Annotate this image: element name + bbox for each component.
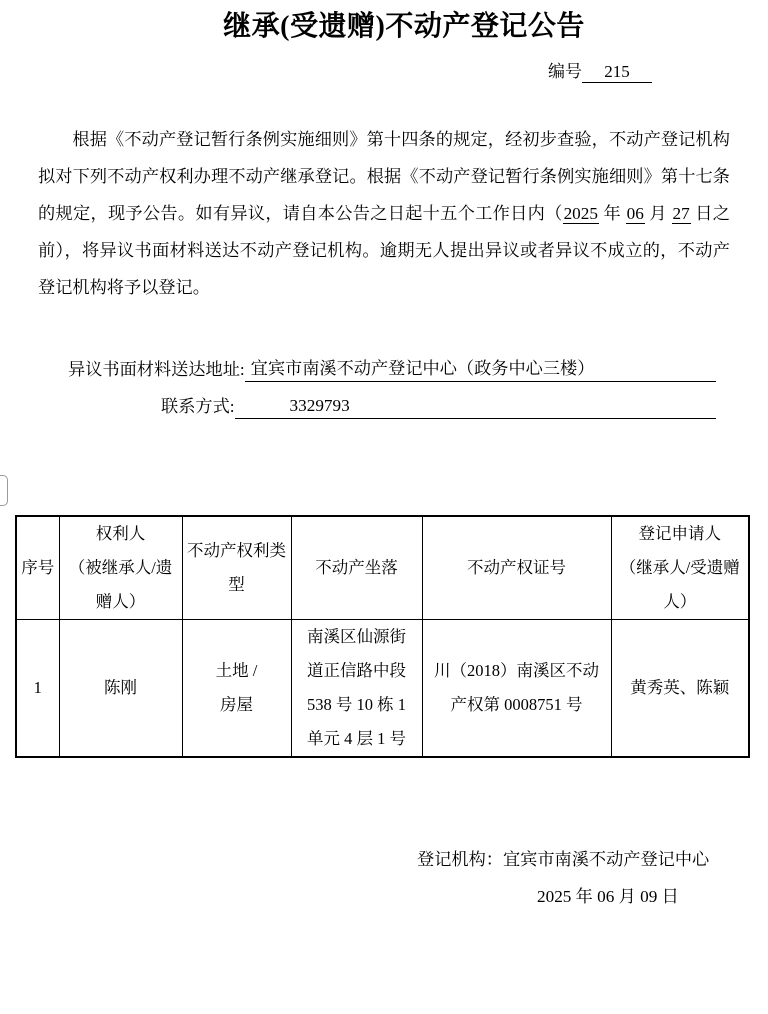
header-applicants: 登记申请人 （继承人/受遗赠 人） xyxy=(611,516,749,620)
table-row: 1 陈刚 土地 / 房屋 南溪区仙源街 道正信路中段 538 号 10 栋 1 … xyxy=(16,620,749,758)
cell-applicants: 黄秀英、陈颖 xyxy=(611,620,749,758)
announcement-date: 2025 年 06 月 09 日 xyxy=(537,882,679,907)
page-title: 继承(受遗赠)不动产登记公告 xyxy=(20,4,768,44)
year-unit: 年 xyxy=(599,204,626,223)
deadline-month: 06 xyxy=(626,204,645,224)
serial-number-value: 215 xyxy=(582,62,652,83)
contact-label: 联系方式: xyxy=(161,395,235,419)
cell-right-type: 土地 / 房屋 xyxy=(182,620,291,758)
left-edge-partial-control xyxy=(0,475,8,506)
header-index: 序号 xyxy=(16,516,59,620)
document-page: 继承(受遗赠)不动产登记公告 编号215 根据《不动产登记暂行条例实施细则》第十… xyxy=(0,0,768,1014)
delivery-address-value: 宜宾市南溪不动产登记中心（政务中心三楼） xyxy=(245,357,716,382)
header-holder: 权利人 （被继承人/遗 赠人） xyxy=(59,516,182,620)
deadline-day: 27 xyxy=(672,204,691,224)
serial-number-row: 编号215 xyxy=(548,57,652,83)
header-right-type: 不动产权利类 型 xyxy=(182,516,291,620)
serial-number-label: 编号 xyxy=(548,62,582,81)
delivery-address-row: 异议书面材料送达地址: 宜宾市南溪不动产登记中心（政务中心三楼） xyxy=(68,357,716,382)
table-header-row: 序号 权利人 （被继承人/遗 赠人） 不动产权利类 型 不动产坐落 不动产权证号… xyxy=(16,516,749,620)
cell-holder: 陈刚 xyxy=(59,620,182,758)
month-unit: 月 xyxy=(645,204,672,223)
header-location: 不动产坐落 xyxy=(291,516,422,620)
cell-certificate-no: 川（2018）南溪区不动 产权第 0008751 号 xyxy=(422,620,611,758)
contact-row: 联系方式: 3329793 xyxy=(68,394,716,419)
registration-agency: 登记机构：宜宾市南溪不动产登记中心 xyxy=(417,845,709,870)
cell-index: 1 xyxy=(16,620,59,758)
registration-table: 序号 权利人 （被继承人/遗 赠人） 不动产权利类 型 不动产坐落 不动产权证号… xyxy=(15,515,750,758)
delivery-address-label: 异议书面材料送达地址: xyxy=(68,358,245,382)
deadline-year: 2025 xyxy=(563,204,599,224)
cell-location: 南溪区仙源街 道正信路中段 538 号 10 栋 1 单元 4 层 1 号 xyxy=(291,620,422,758)
header-certificate-no: 不动产权证号 xyxy=(422,516,611,620)
notice-paragraph: 根据《不动产登记暂行条例实施细则》第十四条的规定，经初步查验，不动产登记机构拟对… xyxy=(38,121,730,306)
contact-value: 3329793 xyxy=(235,394,716,419)
